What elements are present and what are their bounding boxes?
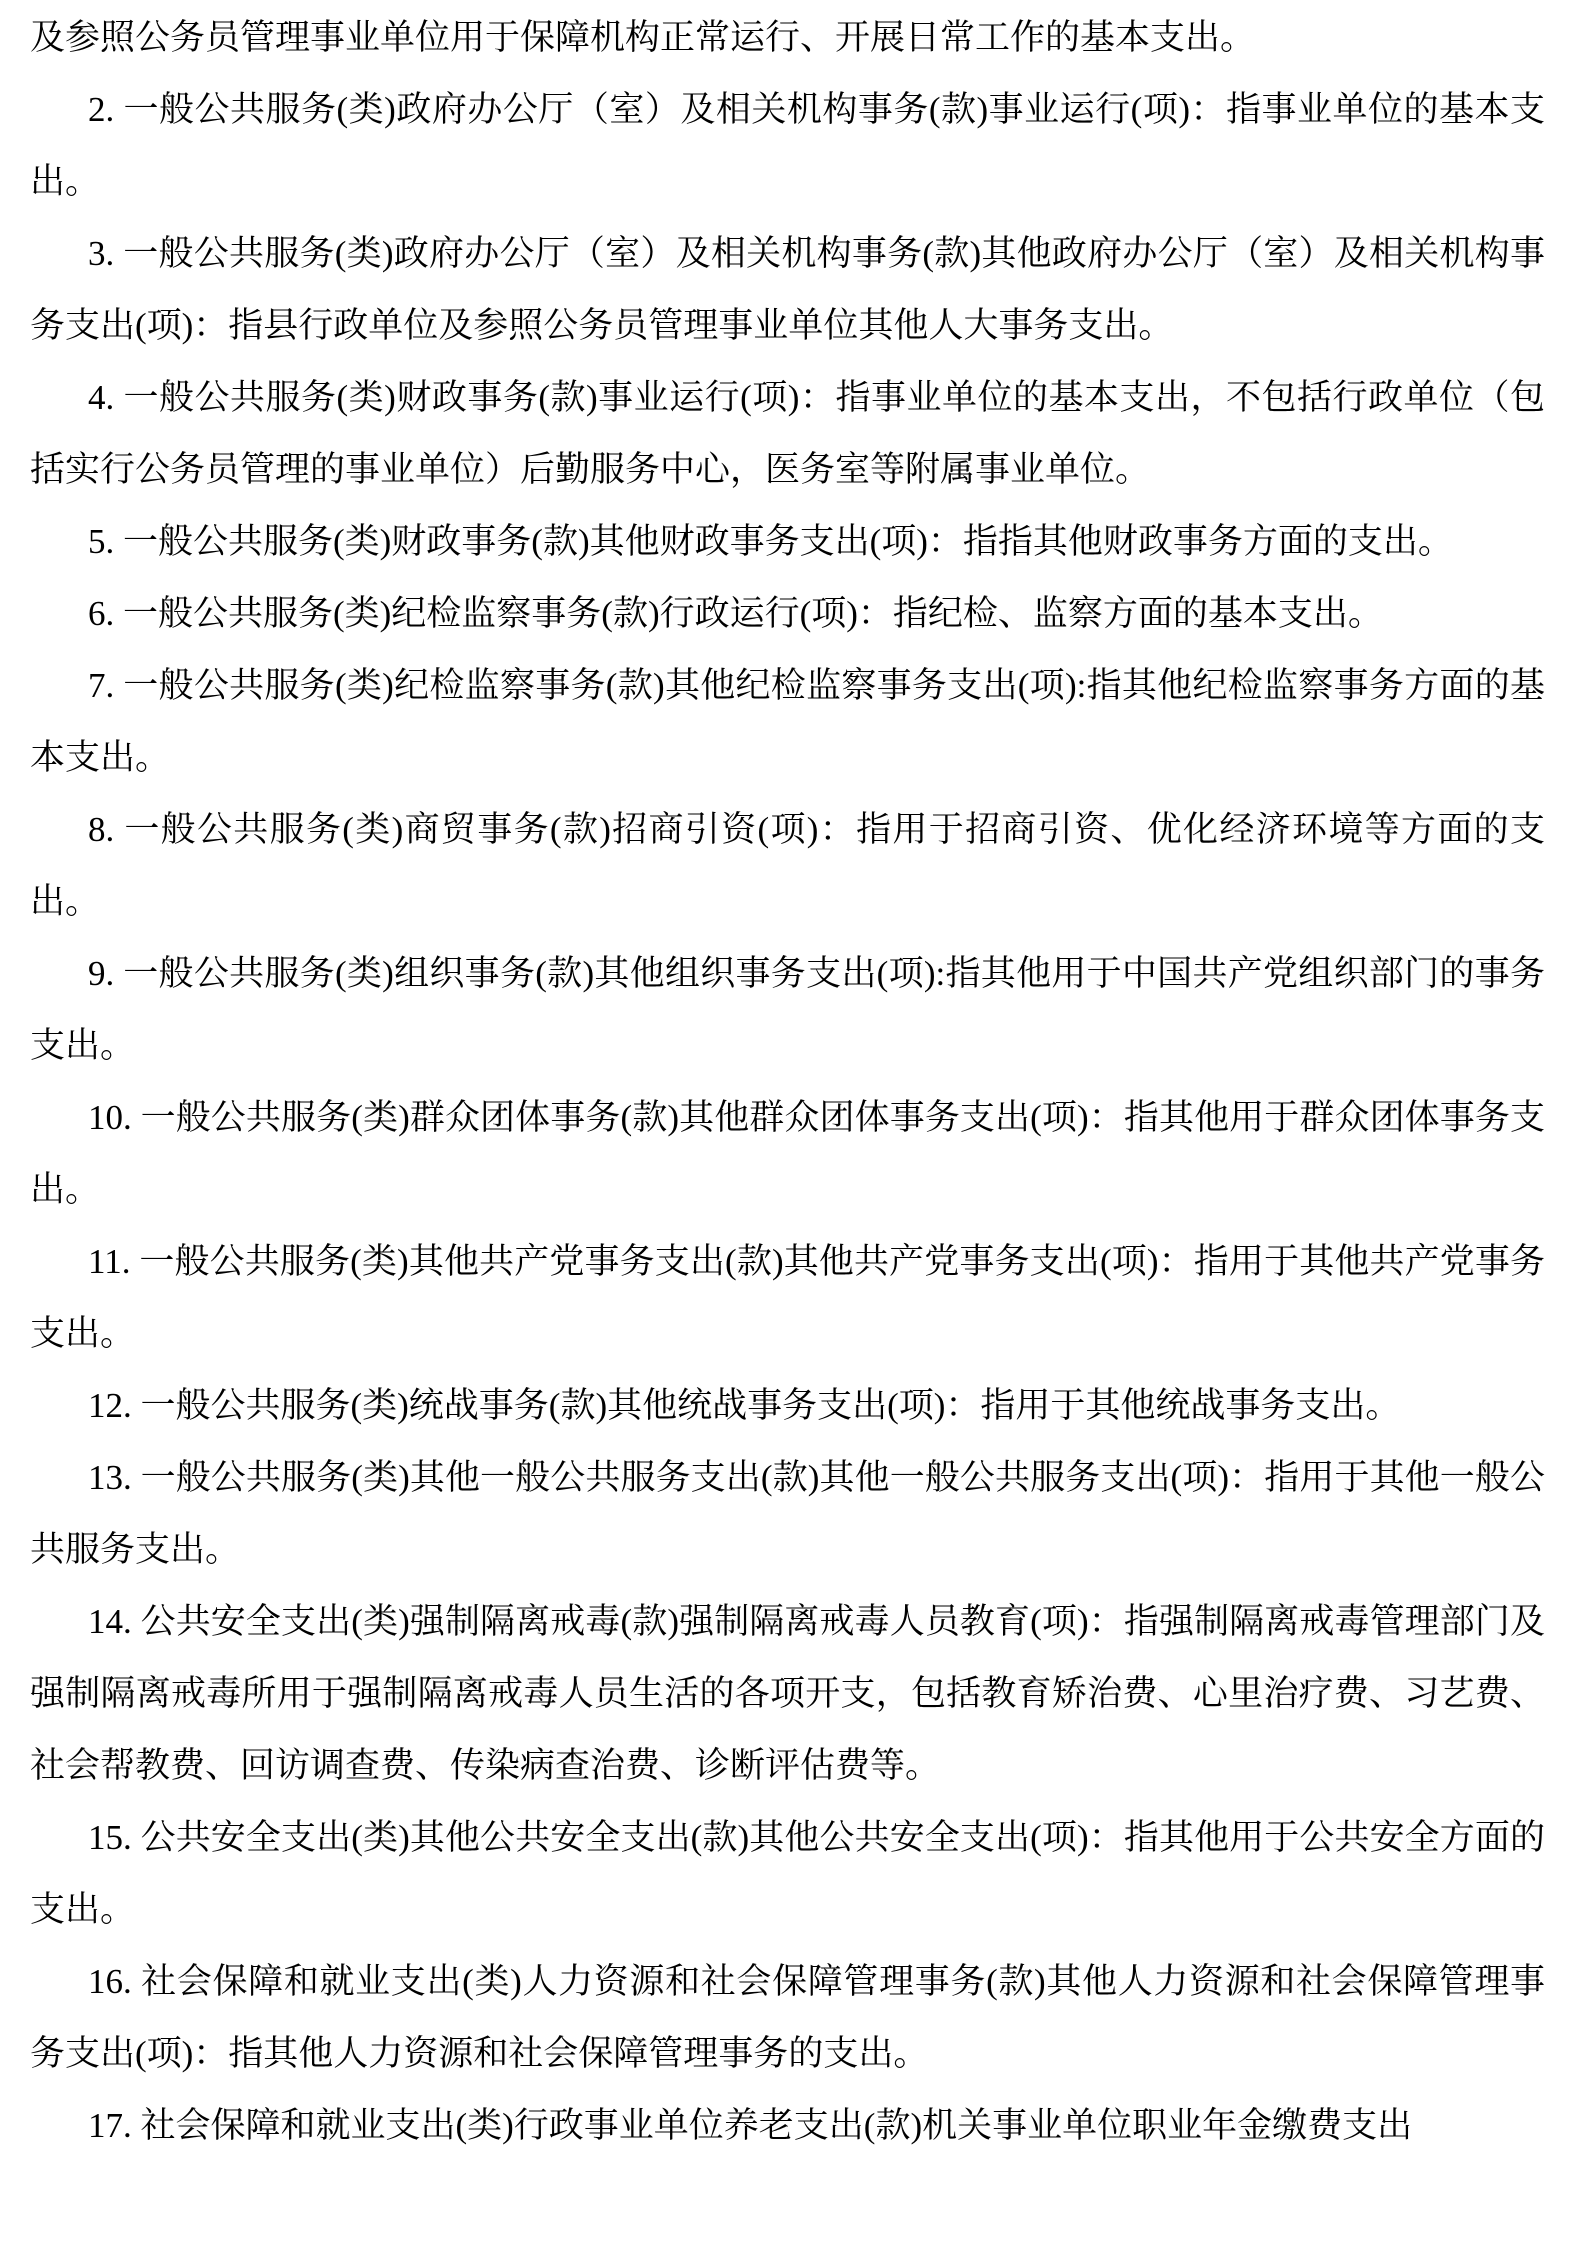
- document-page: 及参照公务员管理事业单位用于保障机构正常运行、开展日常工作的基本支出。2. 一般…: [0, 0, 1587, 2245]
- paragraph: 6. 一般公共服务(类)纪检监察事务(款)行政运行(项)：指纪检、监察方面的基本…: [30, 578, 1545, 650]
- paragraph: 8. 一般公共服务(类)商贸事务(款)招商引资(项)：指用于招商引资、优化经济环…: [30, 794, 1545, 938]
- paragraph: 10. 一般公共服务(类)群众团体事务(款)其他群众团体事务支出(项)：指其他用…: [30, 1082, 1545, 1226]
- paragraph: 5. 一般公共服务(类)财政事务(款)其他财政事务支出(项)：指指其他财政事务方…: [30, 506, 1545, 578]
- paragraph: 11. 一般公共服务(类)其他共产党事务支出(款)其他共产党事务支出(项)：指用…: [30, 1226, 1545, 1370]
- paragraph: 15. 公共安全支出(类)其他公共安全支出(款)其他公共安全支出(项)：指其他用…: [30, 1802, 1545, 1946]
- paragraph: 9. 一般公共服务(类)组织事务(款)其他组织事务支出(项):指其他用于中国共产…: [30, 938, 1545, 1082]
- paragraph: 及参照公务员管理事业单位用于保障机构正常运行、开展日常工作的基本支出。: [30, 2, 1545, 74]
- paragraph: 17. 社会保障和就业支出(类)行政事业单位养老支出(款)机关事业单位职业年金缴…: [30, 2090, 1545, 2162]
- paragraph: 16. 社会保障和就业支出(类)人力资源和社会保障管理事务(款)其他人力资源和社…: [30, 1946, 1545, 2090]
- paragraph: 4. 一般公共服务(类)财政事务(款)事业运行(项)：指事业单位的基本支出，不包…: [30, 362, 1545, 506]
- paragraph: 3. 一般公共服务(类)政府办公厅（室）及相关机构事务(款)其他政府办公厅（室）…: [30, 218, 1545, 362]
- paragraph: 12. 一般公共服务(类)统战事务(款)其他统战事务支出(项)：指用于其他统战事…: [30, 1370, 1545, 1442]
- paragraph: 13. 一般公共服务(类)其他一般公共服务支出(款)其他一般公共服务支出(项)：…: [30, 1442, 1545, 1586]
- paragraph: 2. 一般公共服务(类)政府办公厅（室）及相关机构事务(款)事业运行(项)：指事…: [30, 74, 1545, 218]
- paragraph: 7. 一般公共服务(类)纪检监察事务(款)其他纪检监察事务支出(项):指其他纪检…: [30, 650, 1545, 794]
- paragraph: 14. 公共安全支出(类)强制隔离戒毒(款)强制隔离戒毒人员教育(项)：指强制隔…: [30, 1586, 1545, 1802]
